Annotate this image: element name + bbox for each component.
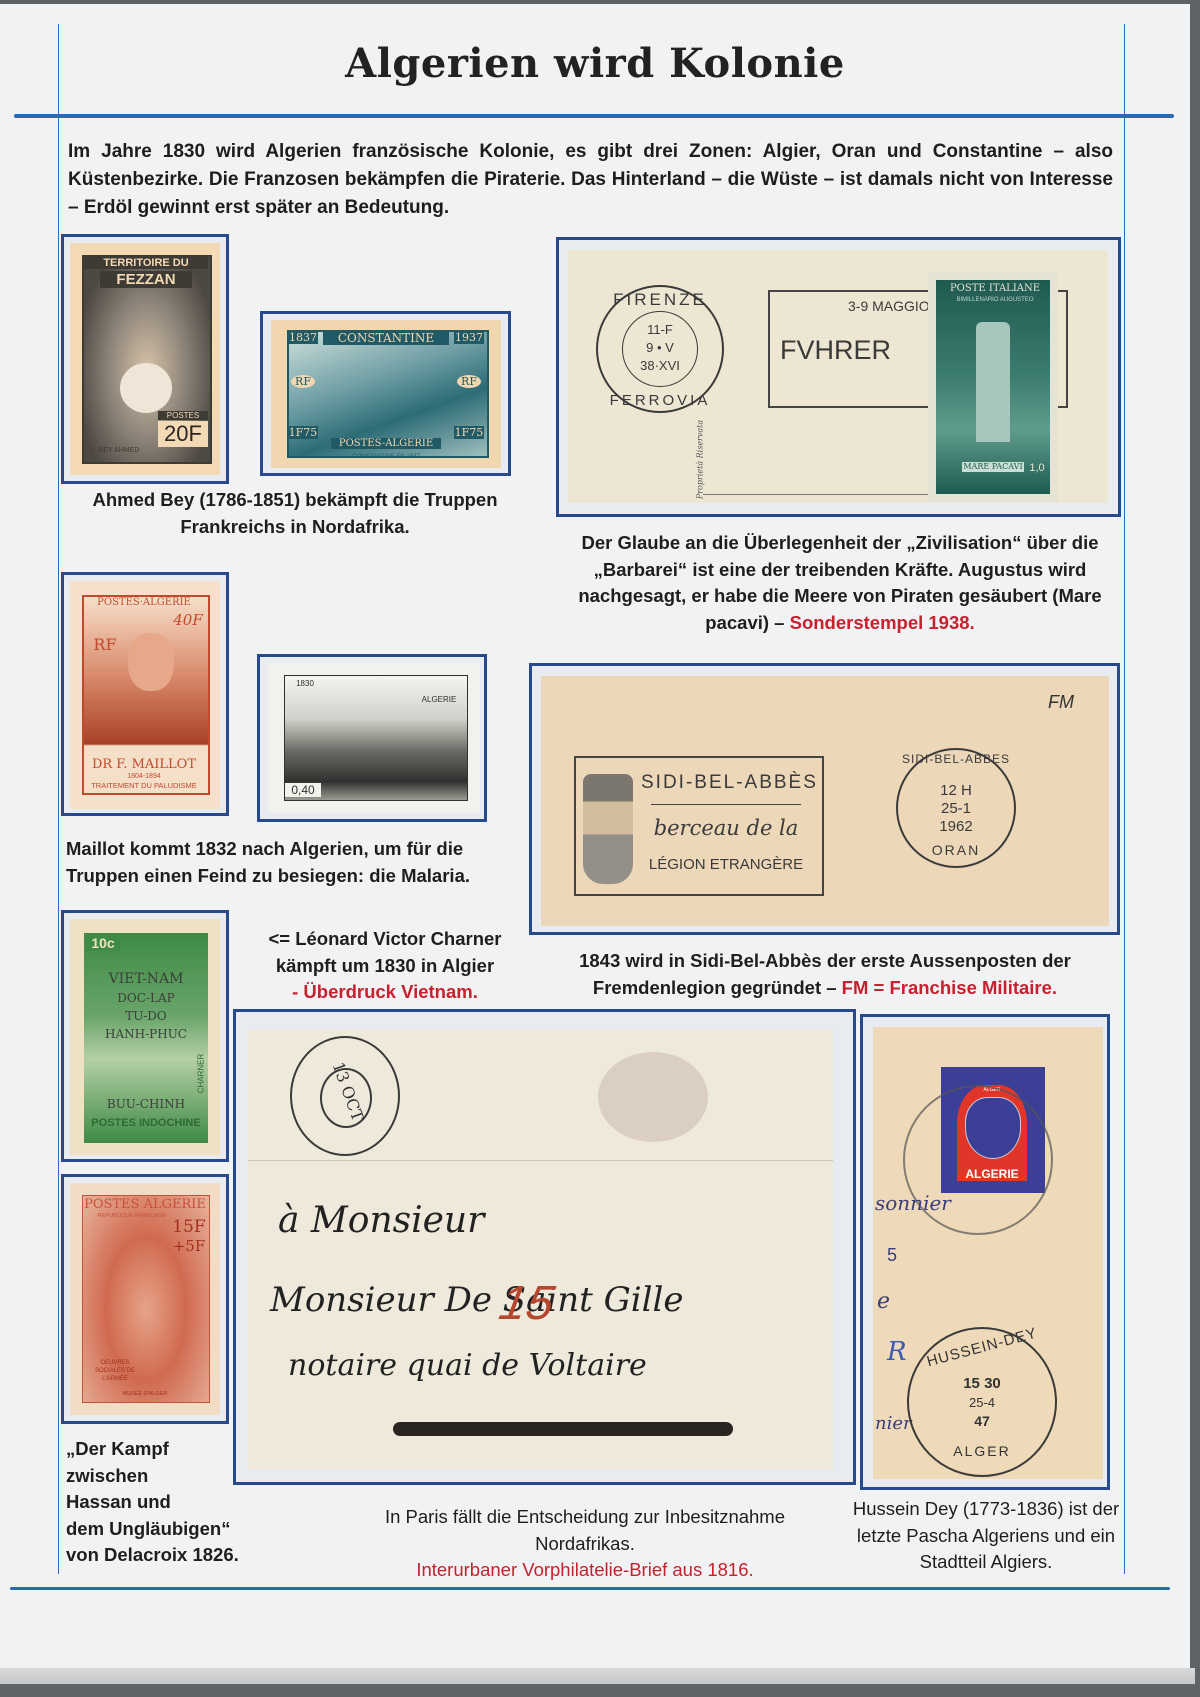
constantine-rf-right: RF xyxy=(457,375,481,388)
delacroix-museum: MUSÉE D'ALGER xyxy=(110,1391,180,1397)
frame-delacroix-stamp: POSTES ALGERIE REPUBLIQUE FRANÇAISE 15F … xyxy=(61,1174,229,1424)
charner-overprint-4: HANH-PHUC xyxy=(84,1027,208,1041)
caption-ahmed-bey: Ahmed Bey (1786-1851) bekämpft die Trupp… xyxy=(65,487,525,540)
maillot-rf: RF xyxy=(90,635,120,654)
hand-2: 5 xyxy=(887,1245,907,1266)
caption-delacroix-line3: Hassan und xyxy=(66,1489,256,1516)
caption-charner: <= Léonard Victor Charner kämpft um 1830… xyxy=(240,926,530,1006)
charner-country: POSTES INDOCHINE xyxy=(84,1117,208,1129)
maillot-name: DR F. MAILLOT xyxy=(84,757,204,772)
maillot-value: 40F xyxy=(170,611,206,629)
frame-sidi-bel-abbes: FM SIDI-BEL-ABBÈS berceau de la LÉGION E… xyxy=(529,663,1120,935)
sidi-pm-region: ORAN xyxy=(911,842,1001,858)
left-margin-line xyxy=(58,24,59,1574)
legionnaire-figure xyxy=(583,774,633,884)
hussein-pm-time: 15 30 xyxy=(947,1375,1017,1392)
seal-smear xyxy=(393,1422,733,1436)
charner-overprint-3: TU-DO xyxy=(84,1009,208,1023)
caption-delacroix-line2: zwischen xyxy=(66,1463,256,1490)
firenze-date: 9 • V xyxy=(622,340,698,355)
frame-hussein-dey: ALGER ALGERIE sonnier 5 e R nier HUSSEIN… xyxy=(860,1014,1110,1490)
algier-view-country: ALGERIE xyxy=(416,695,462,704)
page-edge xyxy=(0,1668,1195,1684)
letter-1816: 13 OCT à Monsieur Monsieur De Saint Gill… xyxy=(248,1030,833,1470)
maillot-head xyxy=(128,633,174,691)
firenze-sub: FERROVIA xyxy=(608,392,712,409)
sidi-pm-date: 25-1 xyxy=(911,800,1001,817)
fezzan-value: 20F xyxy=(158,421,208,447)
caption-zivilisation: Der Glaube an die Überlegenheit der „Ziv… xyxy=(560,530,1120,636)
charner-side-name: CHARNER xyxy=(197,1039,206,1109)
fezzan-label: POSTES xyxy=(158,411,208,420)
italy-stamp-value: 1,0 xyxy=(1026,462,1048,474)
caption-sidi: 1843 wird in Sidi-Bel-Abbès der erste Au… xyxy=(530,948,1120,1001)
frame-italy-card: FIRENZE 11-F 9 • V 38·XVI FERROVIA Propr… xyxy=(556,237,1121,517)
charner-stamp: 10c VIET-NAM DOC-LAP TU-DO HANH-PHUC BUU… xyxy=(70,919,220,1155)
caption-paris-highlight: Interurbaner Vorphilatelie-Brief aus 181… xyxy=(340,1557,830,1584)
caption-delacroix-line4: dem Ungläubigen“ xyxy=(66,1516,256,1543)
caption-paris-text: In Paris fällt die Entscheidung zur Inbe… xyxy=(340,1504,830,1557)
charner-bottom-overprint: BUU-CHINH xyxy=(84,1097,208,1111)
charner-overprint-2: DOC-LAP xyxy=(84,991,208,1005)
fezzan-stamp: TERRITOIRE DU FEZZAN POSTES 20F BEY AHME… xyxy=(70,243,220,475)
algier-view-year: 1830 xyxy=(290,679,320,688)
caption-delacroix-line5: von Delacroix 1826. xyxy=(66,1542,256,1569)
maillot-stamp: POSTES·ALGERIE 40F RF DR F. MAILLOT 1804… xyxy=(70,581,220,809)
maillot-top: POSTES·ALGERIE xyxy=(84,597,204,608)
fezzan-subject: BEY AHMED xyxy=(84,447,154,454)
bottom-divider xyxy=(10,1587,1170,1590)
page-title: Algerien wird Kolonie xyxy=(0,40,1190,87)
sidi-bel-abbes-cover: FM SIDI-BEL-ABBÈS berceau de la LÉGION E… xyxy=(541,676,1109,926)
intro-text: Im Jahre 1830 wird Algerien französische… xyxy=(68,138,1113,222)
letter-line3: notaire quai de Voltaire xyxy=(288,1348,768,1383)
constantine-year-left: 1837 xyxy=(288,331,318,344)
hussein-dey-cover: ALGER ALGERIE sonnier 5 e R nier HUSSEIN… xyxy=(873,1027,1103,1479)
fm-annotation: FM xyxy=(1041,692,1081,713)
fezzan-name: FEZZAN xyxy=(100,271,192,288)
slogan-line1: berceau de la xyxy=(641,816,811,840)
charner-value: 10c xyxy=(86,935,120,951)
constantine-rf-left: RF xyxy=(291,375,315,388)
frame-algier-view-stamp: 1830 ALGERIE 0,40 xyxy=(257,654,487,822)
sidi-pm-year: 1962 xyxy=(911,818,1001,835)
hussein-pm-region: ALGER xyxy=(947,1443,1017,1459)
caption-charner-line2: kämpft um 1830 in Algier xyxy=(240,953,530,980)
frame-fezzan-stamp: TERRITOIRE DU FEZZAN POSTES 20F BEY AHME… xyxy=(61,234,229,484)
delacroix-value: 15F xyxy=(170,1217,208,1237)
slogan-city: SIDI-BEL-ABBÈS xyxy=(641,772,811,794)
hand-3: e xyxy=(877,1289,897,1314)
charner-overprint-1: VIET-NAM xyxy=(84,971,208,987)
italy-stamp-series: BIMILLENARIO AUGUSTEO xyxy=(942,297,1048,303)
constantine-value-right: 1F75 xyxy=(454,426,484,439)
caption-charner-line1: <= Léonard Victor Charner xyxy=(240,926,530,953)
letter-rate: 15 xyxy=(495,1276,545,1331)
delacroix-sub: REPUBLIQUE FRANÇAISE xyxy=(82,1213,182,1219)
delacroix-stamp: POSTES ALGERIE REPUBLIQUE FRANÇAISE 15F … xyxy=(70,1183,220,1415)
letter-line1: à Monsieur xyxy=(278,1200,578,1241)
sidi-pm-city: SIDI-BEL-ABBES xyxy=(896,752,1016,766)
caption-delacroix: „Der Kampf zwischen Hassan und dem Unglä… xyxy=(66,1436,256,1569)
delacroix-surcharge: +5F xyxy=(170,1237,208,1255)
right-margin-line xyxy=(1124,24,1125,1574)
frame-letter-1816: 13 OCT à Monsieur Monsieur De Saint Gill… xyxy=(233,1009,856,1485)
frame-maillot-stamp: POSTES·ALGERIE 40F RF DR F. MAILLOT 1804… xyxy=(61,572,229,816)
constantine-year-right: 1937 xyxy=(454,331,484,344)
hand-4: R xyxy=(887,1337,917,1367)
delacroix-inscription: OEUVRES SOCIALES DE L'ARMÉE xyxy=(90,1359,140,1383)
caption-charner-highlight: - Überdruck Vietnam. xyxy=(240,979,530,1006)
algier-view-stamp: 1830 ALGERIE 0,40 xyxy=(268,663,480,813)
constantine-stamp: 1837 CONSTANTINE 1937 RF RF 1F75 1F75 PO… xyxy=(271,320,501,468)
italy-stamp-motto: MARE PACAVI xyxy=(962,462,1024,472)
italy-postcard: FIRENZE 11-F 9 • V 38·XVI FERROVIA Propr… xyxy=(568,250,1108,503)
delacroix-top: POSTES ALGERIE xyxy=(82,1197,208,1212)
fezzan-top: TERRITOIRE DU xyxy=(84,257,208,269)
hussein-pm-date: 25-4 xyxy=(947,1395,1017,1410)
firenze-city: FIRENZE xyxy=(608,290,712,310)
constantine-footer: POSTES-ALGERIE xyxy=(331,438,441,449)
constantine-subtitle: CONSTANTINE EN 1837 xyxy=(331,454,441,460)
slogan-text: FVHRER xyxy=(780,335,890,366)
firenze-year: 38·XVI xyxy=(622,358,698,373)
maillot-years: 1804-1894 xyxy=(84,773,204,780)
fold-line xyxy=(248,1160,833,1161)
frame-charner-stamp: 10c VIET-NAM DOC-LAP TU-DO HANH-PHUC BUU… xyxy=(61,910,229,1162)
portrait-beard xyxy=(120,363,172,413)
album-page: Algerien wird Kolonie Im Jahre 1830 wird… xyxy=(0,4,1190,1684)
caption-maillot: Maillot kommt 1832 nach Algerien, um für… xyxy=(66,836,526,889)
italy-stamp: POSTE ITALIANE BIMILLENARIO AUGUSTEO MAR… xyxy=(928,272,1058,502)
caption-hussein: Hussein Dey (1773-1836) ist der letzte P… xyxy=(844,1496,1128,1576)
caption-zivilisation-highlight: Sonderstempel 1938. xyxy=(790,612,975,633)
hussein-pm-year: 47 xyxy=(947,1413,1017,1429)
algier-view-value: 0,40 xyxy=(285,783,321,797)
frame-constantine-stamp: 1837 CONSTANTINE 1937 RF RF 1F75 1F75 PO… xyxy=(260,311,511,476)
slogan-line2: LÉGION ETRANGÈRE xyxy=(641,856,811,873)
hand-1: sonnier xyxy=(875,1191,965,1215)
stain xyxy=(598,1052,708,1142)
constantine-value-left: 1F75 xyxy=(288,426,318,439)
sidi-pm-time: 12 H xyxy=(911,782,1001,799)
caption-paris: In Paris fällt die Entscheidung zur Inbe… xyxy=(340,1504,830,1584)
top-divider xyxy=(14,114,1174,118)
italy-stamp-country: POSTE ITALIANE xyxy=(942,283,1048,294)
caption-sidi-highlight: FM = Franchise Militaire. xyxy=(842,977,1057,998)
constantine-name: CONSTANTINE xyxy=(323,331,449,345)
column-monument xyxy=(976,322,1010,442)
caption-delacroix-line1: „Der Kampf xyxy=(66,1436,256,1463)
maillot-subtitle: TRAITEMENT DU PALUDISME xyxy=(84,781,204,790)
firenze-time: 11-F xyxy=(622,322,698,337)
